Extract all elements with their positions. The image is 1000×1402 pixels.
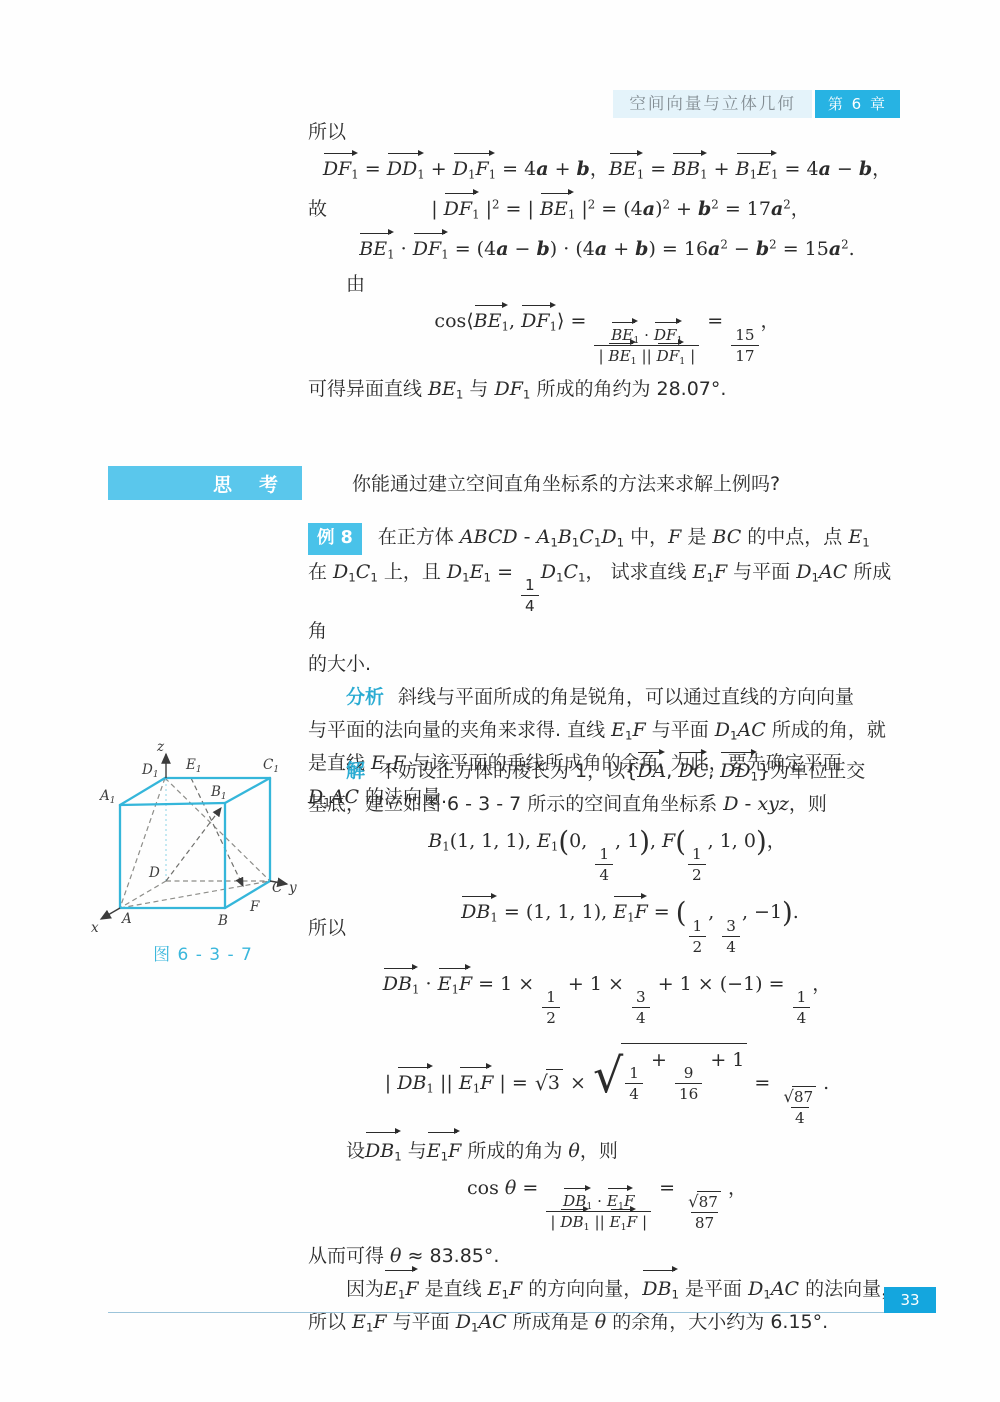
text-run: 在正方体 ABCD - A1B1C1D1 中，F 是 BC 的中点，点 E1 — [378, 526, 870, 548]
content-line: 从而可得 θ ≈ 83.85°. — [308, 1240, 906, 1273]
text-run: 的大小. — [308, 653, 371, 675]
content-line: | DB1 || E1F | = √3 × √14 + 916 + 1 = √8… — [308, 1035, 906, 1135]
think-label: 思 考 — [213, 470, 282, 497]
content-line: cos θ = DB1 · E1F| DB1 || E1F | = √8787， — [308, 1168, 906, 1240]
text-run: 设DB1 与E1F 所成的角为 θ，则 — [346, 1140, 618, 1162]
text-run: 所以 — [308, 121, 346, 143]
footer-rule — [108, 1312, 908, 1313]
formula: DF1 = DD1 + D1F1 = 4a + b，BE1 = BB1 + B1… — [308, 157, 906, 182]
content-line: 的大小. — [308, 648, 906, 681]
content-line: 基底，建立如图 6 - 3 - 7 所示的空间直角坐标系 D - xyz，则 — [308, 788, 906, 821]
text-run: 在 D1C1 上，且 D1E1 = 14D1C1， 试求直线 E1F 与平面 D… — [308, 561, 891, 642]
vertex-label-b1: B1 — [210, 784, 227, 802]
axis-label-z: z — [156, 739, 165, 755]
content-line: 与平面的法向量的夹角来求得. 直线 E1F 与平面 D1AC 所成的角，就 — [308, 714, 906, 747]
line-label: 故 — [308, 197, 327, 222]
chapter-title: 空间向量与立体几何 — [613, 90, 812, 118]
vertex-label-c1: C1 — [263, 757, 279, 775]
formula: DB1 · E1F = 1 × 12 + 1 × 34 + 1 × (−1) =… — [308, 972, 906, 1028]
text-run: 因为E1F 是直线 E1F 的方向向量，DB1 是平面 D1AC 的法向量， — [346, 1278, 900, 1300]
content-line: 设DB1 与E1F 所成的角为 θ，则 — [308, 1135, 906, 1168]
content-line: 由 — [308, 268, 906, 301]
solution-part1: 所以DF1 = DD1 + D1F1 = 4a + b，BE1 = BB1 + … — [308, 116, 906, 406]
content-line: B1(1, 1, 1), E1(0, 14, 1), F(12, 1, 0)， — [308, 821, 906, 892]
cube-diagram: z D1 E1 C1 A1 B1 D C y A x B F — [86, 736, 320, 941]
axis-label-x: x — [91, 920, 99, 936]
text-run: 不妨设正方体的棱长为 1，以{DA, DC, DD1}为单位正交 — [379, 760, 865, 782]
text-run: 与平面的法向量的夹角来求得. 直线 E1F 与平面 D1AC 所成的角，就 — [308, 719, 886, 741]
formula: BE1 · DF1 = (4a − b) · (4a + b) = 16a2 −… — [308, 237, 906, 262]
content-line: 例 8在正方体 ABCD - A1B1C1D1 中，F 是 BC 的中点，点 E… — [308, 521, 906, 556]
think-box: 思 考 — [108, 466, 302, 500]
solution-section: 解不妨设正方体的棱长为 1，以{DA, DC, DD1}为单位正交基底，建立如图… — [308, 755, 906, 1339]
vertex-label-a1: A1 — [98, 788, 115, 806]
formula: | DB1 || E1F | = √3 × √14 + 916 + 1 = √8… — [308, 1043, 906, 1128]
chapter-badge: 第 6 章 — [815, 90, 900, 118]
page-header: 空间向量与立体几何 第 6 章 — [613, 90, 900, 118]
vertex-label-d1: D1 — [141, 762, 159, 780]
plane-diagonals — [120, 778, 270, 908]
text-run: 斜线与平面所成的角是锐角，可以通过直线的方向向量 — [398, 686, 854, 708]
vertex-label-f: F — [249, 899, 260, 915]
cube-figure: z D1 E1 C1 A1 B1 D C y A x B F — [86, 736, 320, 945]
formula: B1(1, 1, 1), E1(0, 14, 1), F(12, 1, 0)， — [308, 829, 906, 885]
think-question: 你能通过建立空间直角坐标系的方法来求解上例吗? — [352, 469, 912, 496]
content-line: DB1 · E1F = 1 × 12 + 1 × 34 + 1 × (−1) =… — [308, 964, 906, 1035]
vertex-label-d: D — [148, 865, 160, 881]
content-line: 故| DF1 |2 = | BE1 |2 = (4a)2 + b2 = 17a2… — [308, 189, 906, 229]
textbook-page: 空间向量与立体几何 第 6 章 所以DF1 = DD1 + D1F1 = 4a … — [0, 0, 1000, 1402]
line-label: 解 — [346, 760, 365, 782]
figure-caption: 图 6 - 3 - 7 — [86, 940, 320, 965]
content-line: BE1 · DF1 = (4a − b) · (4a + b) = 16a2 −… — [308, 229, 906, 269]
line-label: 分析 — [346, 686, 384, 708]
text-run: 可得异面直线 BE1 与 DF1 所成的角约为 28.07°. — [308, 378, 726, 400]
vector-db1 — [166, 808, 221, 881]
formula: cos⟨BE1, DF1⟩ = BE1 · DF1| BE1 || DF1 | … — [308, 309, 906, 365]
text-run: 基底，建立如图 6 - 3 - 7 所示的空间直角坐标系 D - xyz，则 — [308, 793, 827, 815]
content-line: 所以DB1 = (1, 1, 1), E1F = (12, 34, −1). — [308, 892, 906, 963]
text-run: 从而可得 θ ≈ 83.85°. — [308, 1245, 499, 1267]
formula: DB1 = (1, 1, 1), E1F = (12, 34, −1). — [354, 900, 906, 956]
content-line: 可得异面直线 BE1 与 DF1 所成的角约为 28.07°. — [308, 373, 906, 406]
formula: cos θ = DB1 · E1F| DB1 || E1F | = √8787， — [308, 1176, 906, 1233]
vertex-label-e1: E1 — [185, 757, 202, 775]
vertex-label-c: C — [272, 880, 283, 896]
content-line: cos⟨BE1, DF1⟩ = BE1 · DF1| BE1 || DF1 | … — [308, 301, 906, 372]
content-line: DF1 = DD1 + D1F1 = 4a + b，BE1 = BB1 + B1… — [308, 149, 906, 189]
vertex-label-a: A — [120, 911, 132, 927]
formula: | DF1 |2 = | BE1 |2 = (4a)2 + b2 = 17a2， — [335, 197, 906, 222]
content-line: 所以 — [308, 116, 906, 149]
content-line: 解不妨设正方体的棱长为 1，以{DA, DC, DD1}为单位正交 — [308, 755, 906, 788]
content-line: 因为E1F 是直线 E1F 的方向向量，DB1 是平面 D1AC 的法向量， — [308, 1273, 906, 1306]
text-run: 所以 E1F 与平面 D1AC 所成角是 θ 的余角，大小约为 6.15°. — [308, 1311, 828, 1333]
page-number-badge: 33 — [884, 1287, 936, 1313]
text-run: 由 — [346, 273, 365, 295]
content-line: 在 D1C1 上，且 D1E1 = 14D1C1， 试求直线 E1F 与平面 D… — [308, 556, 906, 648]
example-badge: 例 8 — [308, 523, 362, 555]
axis-label-y: y — [288, 880, 297, 896]
content-line: 分析斜线与平面所成的角是锐角，可以通过直线的方向向量 — [308, 681, 906, 714]
vertex-label-b: B — [217, 913, 228, 929]
